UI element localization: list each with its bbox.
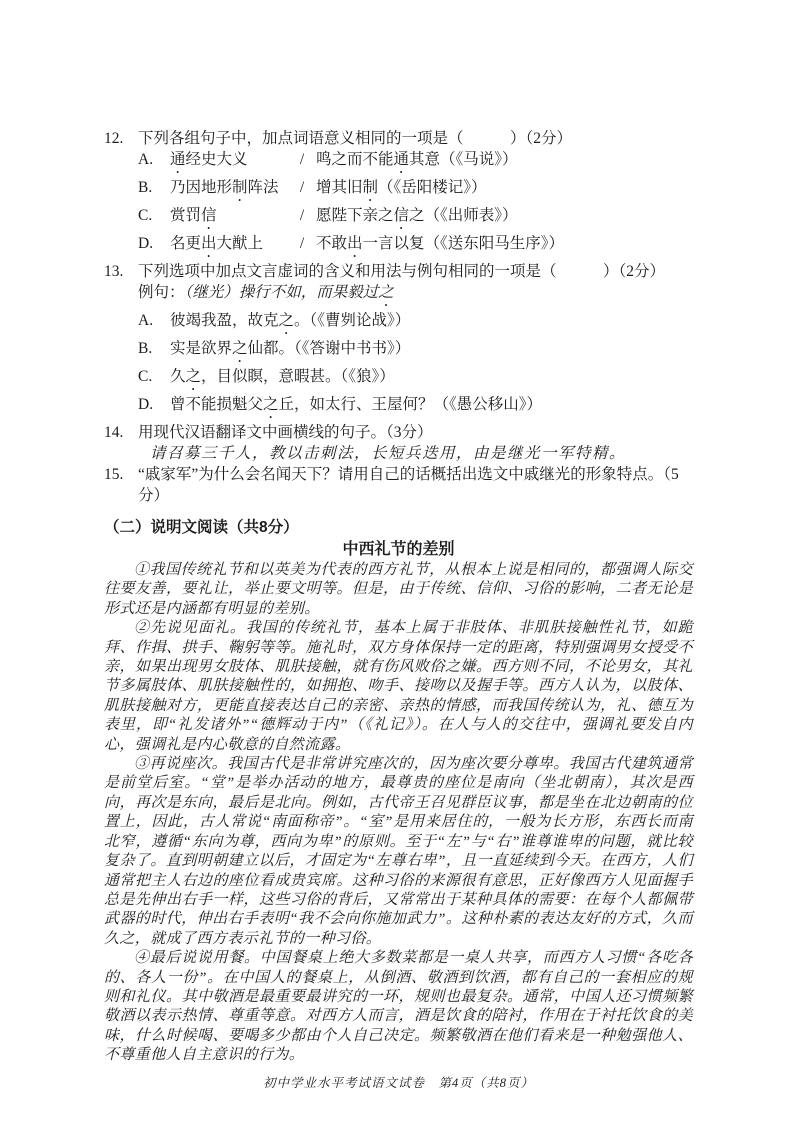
page-footer: 初中学业水平考试语文试卷 第4页（共8页）: [104, 1073, 693, 1091]
option-label: D.: [138, 394, 170, 422]
question-13-options: A. 彼竭我盈，故克之。（《曹刿论战》） B. 实是欲界之仙都。（《答谢中书书》…: [138, 310, 693, 422]
option-label: A.: [138, 310, 170, 338]
option-row-c: C. 赏罚信 / 愿陛下亲之信之（《出师表》）: [138, 205, 693, 233]
question-number: 13.: [104, 261, 138, 282]
option-label: B.: [138, 338, 170, 366]
question-12-options: A. 通经史大义 / 鸣之而不能通其意（《马说》） B. 乃因地形制阵法 / 增…: [138, 149, 693, 261]
option-row-d: D. 曾不能损魁父之丘，如太行、王屋何？（《愚公移山》）: [138, 394, 693, 422]
option-row-a: A. 彼竭我盈，故克之。（《曹刿论战》）: [138, 310, 693, 338]
question-stem-text: 下列选项中加点文言虚词的含义和用法与例句相同的一项是（ ）（2分）: [138, 261, 693, 282]
option-slash: /: [288, 177, 316, 205]
option-left-text: 名更出大猷上: [170, 233, 288, 261]
question-12-stem: 12. 下列各组句子中，加点词语意义相同的一项是（ ）（2分）: [104, 128, 693, 149]
question-15-stem: 15. “戚家军”为什么会名闻天下？请用自己的话概括出选文中戚继光的形象特点。（…: [104, 464, 693, 506]
option-label: C.: [138, 366, 170, 394]
option-row-a: A. 通经史大义 / 鸣之而不能通其意（《马说》）: [138, 149, 693, 177]
option-label: B.: [138, 177, 170, 205]
question-13-example: 例句：（继光）操行不如，而果毅过之: [138, 282, 693, 310]
option-row-c: C. 久之，目似瞑，意暇甚。（《狼》）: [138, 366, 693, 394]
question-15: 15. “戚家军”为什么会名闻天下？请用自己的话概括出选文中戚继光的形象特点。（…: [104, 464, 693, 506]
question-stem-text: “戚家军”为什么会名闻天下？请用自己的话概括出选文中戚继光的形象特点。（5分）: [138, 464, 693, 506]
section-2-header: （二）说明文阅读（共8分）: [104, 517, 693, 539]
example-sentence: （继光）操行不如，而果毅过之: [185, 284, 394, 301]
option-label: A.: [138, 149, 170, 177]
option-slash: /: [288, 149, 316, 177]
option-label: D.: [138, 233, 170, 261]
passage-paragraph-3: ③再说座次。我国古代是非常讲究座次的，因为座次要分尊卑。我国古代建筑通常是前堂后…: [104, 755, 693, 949]
question-number: 12.: [104, 128, 138, 149]
option-right-text: 愿陛下亲之信之（《出师表》）: [316, 205, 693, 233]
option-row-d: D. 名更出大猷上 / 不敢出一言以复（《送东阳马生序》）: [138, 233, 693, 261]
option-text: 曾不能损魁父之丘，如太行、王屋何？（《愚公移山》）: [170, 394, 693, 422]
question-number: 15.: [104, 464, 138, 506]
option-left-text: 乃因地形制阵法: [170, 177, 288, 205]
option-row-b: B. 乃因地形制阵法 / 增其旧制（《岳阳楼记》）: [138, 177, 693, 205]
option-row-b: B. 实是欲界之仙都。（《答谢中书书》）: [138, 338, 693, 366]
option-right-text: 鸣之而不能通其意（《马说》）: [316, 149, 693, 177]
question-stem-text: 下列各组句子中，加点词语意义相同的一项是（ ）（2分）: [138, 128, 693, 149]
question-14: 14. 用现代汉语翻译文中画横线的句子。（3分） 请召募三千人，教以击刺法，长短…: [104, 422, 693, 464]
option-right-text: 不敢出一言以复（《送东阳马生序》）: [316, 233, 693, 261]
question-13-stem: 13. 下列选项中加点文言虚词的含义和用法与例句相同的一项是（ ）（2分）: [104, 261, 693, 282]
passage-title: 中西礼节的差别: [104, 539, 693, 561]
question-12: 12. 下列各组句子中，加点词语意义相同的一项是（ ）（2分） A. 通经史大义…: [104, 128, 693, 261]
option-left-text: 赏罚信: [170, 205, 288, 233]
question-stem-text: 用现代汉语翻译文中画横线的句子。（3分）: [138, 422, 693, 443]
option-text: 彼竭我盈，故克之。（《曹刿论战》）: [170, 310, 693, 338]
passage-paragraph-1: ①我国传统礼节和以英美为代表的西方礼节，从根本上说是相同的，都强调人际交往要友善…: [104, 561, 693, 619]
question-14-translation-sentence: 请召募三千人，教以击刺法，长短兵迭用，由是继光一军特精。: [150, 443, 693, 464]
option-right-text: 增其旧制（《岳阳楼记》）: [316, 177, 693, 205]
exam-page: 12. 下列各组句子中，加点词语意义相同的一项是（ ）（2分） A. 通经史大义…: [0, 0, 793, 1122]
example-label: 例句：: [138, 284, 185, 301]
option-slash: /: [288, 205, 316, 233]
question-14-stem: 14. 用现代汉语翻译文中画横线的句子。（3分）: [104, 422, 693, 443]
passage-paragraph-2: ②先说见面礼。我国的传统礼节，基本上属于非肢体、非肌肤接触性礼节，如跪拜、作揖、…: [104, 619, 693, 755]
option-text: 久之，目似瞑，意暇甚。（《狼》）: [170, 366, 693, 394]
question-13: 13. 下列选项中加点文言虚词的含义和用法与例句相同的一项是（ ）（2分） 例句…: [104, 261, 693, 422]
option-label: C.: [138, 205, 170, 233]
option-slash: /: [288, 233, 316, 261]
question-number: 14.: [104, 422, 138, 443]
passage-paragraph-4: ④最后说说用餐。中国餐桌上绝大多数菜都是一桌人共享，而西方人习惯“各吃各的、各人…: [104, 949, 693, 1065]
option-left-text: 通经史大义: [170, 149, 288, 177]
option-text: 实是欲界之仙都。（《答谢中书书》）: [170, 338, 693, 366]
